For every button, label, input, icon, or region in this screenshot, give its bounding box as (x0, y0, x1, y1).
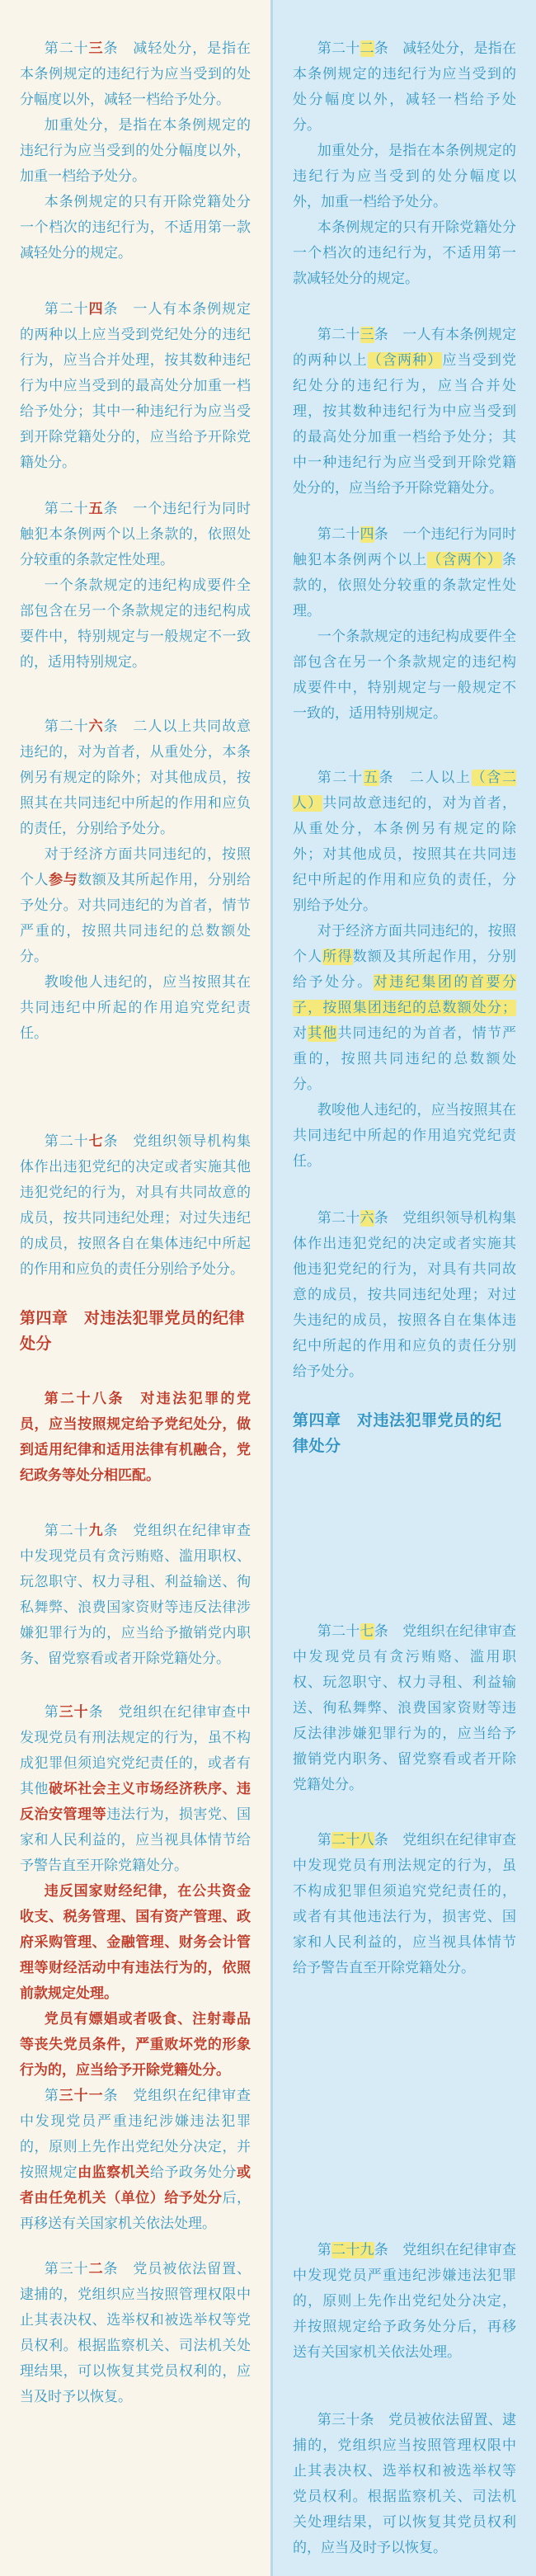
body-text: 一个条款规定的违纪构成要件全部包含在另一个条款规定的违纪构成要件中，特别规定与一… (20, 577, 251, 671)
revision-marked-text: 九 (89, 1523, 104, 1539)
article-25-para-2: 对于经济方面共同违纪的，按照个人所得数额及其所起作用，分别给予处分。对违纪集团的… (293, 919, 516, 1098)
article-30-para-3: 党员有嫖娼或者吸食、注射毒品等丧失党员条件，严重败坏党的形象行为的，应当给予开除… (20, 2007, 251, 2084)
revision-marked-text: 第二十八条 对违法犯罪的党员，应当按照规定给予党纪处分，做到适用纪律和适用法律有… (20, 1391, 251, 1484)
body-text: 第二十 (45, 1523, 89, 1539)
highlighted-deleted-text: （含两个） (427, 552, 502, 568)
article-27: 第二十七条 党组织在纪律审查中发现党员有贪污贿赂、滥用职权、玩忽职守、权力寻租、… (293, 1619, 516, 1798)
spacer (20, 2237, 251, 2257)
chapter-4-heading: 第四章 对违法犯罪党员的纪律处分 (293, 1408, 516, 1459)
body-text: 二人以上 (410, 770, 472, 786)
body-text: 本条例规定的只有开除党籍处分一个档次的违纪行为，不适用第一款减轻处分的规定。 (20, 194, 251, 261)
highlighted-deleted-text: （含两种） (368, 352, 443, 369)
highlighted-deleted-text: 五 (364, 770, 379, 786)
highlighted-deleted-text: 二 (360, 40, 374, 57)
body-text: 条 (104, 1133, 134, 1150)
highlighted-deleted-text: 四 (360, 526, 374, 543)
body-text: 一个条款规定的违纪构成要件全部包含在另一个条款规定的违纪构成要件中，特别规定与一… (293, 629, 516, 722)
body-text: 条 (104, 40, 134, 57)
body-text: 第二十 (317, 40, 360, 57)
body-text: 给予政务处分 (150, 2164, 237, 2181)
highlighted-deleted-text: 七 (360, 1623, 374, 1640)
body-text: 条 (104, 501, 134, 517)
body-text: 第 (45, 1704, 59, 1721)
article-23: 第二十三条 一人有本条例规定的两种以上（含两种）应当受到党纪处分的违纪行为，应当… (293, 323, 516, 502)
article-25: 第二十五条 二人以上（含二人）共同故意违纪的，对为首者，从重处分，本条例另有规定… (293, 765, 516, 919)
revision-marked-text: 违反国家财经纪律，在公共资金收支、税务管理、国有资产管理、政府采购管理、金融管理… (20, 1883, 251, 2002)
body-text: 条 (374, 40, 403, 57)
body-text: 第二十 (45, 40, 89, 57)
body-text: 加重处分，是指在本条例规定的违纪行为应当受到的处分幅度以外，加重一档给予处分。 (293, 143, 516, 210)
body-text: 党员被依法留置、逮捕的，党组织应当按照管理权限中止其表决权、选举权和被选举权等党… (20, 2261, 251, 2405)
article-30-para-2: 违反国家财经纪律，在公共资金收支、税务管理、国有资产管理、政府采购管理、金融管理… (20, 1879, 251, 2007)
body-text: 党组织在纪律审查中发现党员有贪污贿赂、滥用职权、玩忽职守、权力寻租、利益输送、徇… (20, 1523, 251, 1667)
highlighted-deleted-text: 二十八 (331, 1832, 374, 1848)
body-text: 加重处分，是指在本条例规定的违纪行为应当受到的处分幅度以外，加重一档给予处分。 (20, 117, 251, 185)
article-26-para-2: 对于经济方面共同违纪的，按照个人参与数额及其所起作用，分别给予处分。对共同违纪的… (20, 842, 251, 970)
body-text: 党组织在纪律审查中发现党员严重违纪涉嫌违法犯罪的，原则上先作出党纪处分决定，并按… (293, 2242, 516, 2361)
spacer (293, 1459, 516, 1619)
article-25-para-3: 教唆他人违纪的，应当按照其在共同违纪中所起的作用追究党纪责任。 (293, 1098, 516, 1175)
body-text: 第二十 (317, 1210, 360, 1227)
body-text: 条 (104, 2261, 134, 2277)
body-text: 条 (89, 1704, 119, 1721)
body-text: 条 (374, 1623, 403, 1640)
article-22-para-2: 加重处分，是指在本条例规定的违纪行为应当受到的处分幅度以外，加重一档给予处分。 (293, 139, 516, 215)
body-text: 共同故意违纪的，对为首者，从重处分，本条例另有规定的除外；对其他成员，按照其在共… (293, 795, 516, 914)
article-29: 第二十九条 党组织在纪律审查中发现党员严重违纪涉嫌违法犯罪的，原则上先作出党纪处… (293, 2238, 516, 2366)
highlighted-deleted-text: 其他 (308, 1025, 337, 1042)
revision-marked-text: 六 (89, 718, 104, 735)
body-text: 条 (104, 718, 134, 735)
spacer (20, 266, 251, 297)
spacer (293, 1175, 516, 1206)
spacer (20, 1357, 251, 1387)
body-text: 党组织在纪律审查中发现党员有刑法规定的行为，虽不构成犯罪但须追究党纪责任的，或者… (293, 1832, 516, 1976)
body-text: 对 (293, 1025, 308, 1042)
regulation-comparison-page: 第二十三条 减轻处分，是指在本条例规定的违纪行为应当受到的处分幅度以外，减轻一档… (0, 0, 536, 2576)
body-text: 党组织领导机构集体作出违犯党纪的决定或者实施其他违犯党纪的行为，对具有共同故意的… (20, 1133, 251, 1278)
body-text: 条 (104, 301, 134, 318)
spacer (293, 727, 516, 765)
article-30: 第三十条 党员被依法留置、逮捕的，党组织应当按照管理权限中止其表决权、选举权和被… (293, 2408, 516, 2561)
body-text: 条 (374, 1832, 403, 1848)
article-24-para-2: 一个条款规定的违纪构成要件全部包含在另一个条款规定的违纪构成要件中，特别规定与一… (293, 624, 516, 727)
article-28: 第二十八条 对违法犯罪的党员，应当按照规定给予党纪处分，做到适用纪律和适用法律有… (20, 1387, 251, 1489)
article-22-para-3: 本条例规定的只有开除党籍处分一个档次的违纪行为，不适用第一款减轻处分的规定。 (293, 215, 516, 292)
body-text: 教唆他人违纪的，应当按照其在共同违纪中所起的作用追究党纪责任。 (293, 1102, 516, 1170)
body-text: 应当受到党纪处分的违纪行为，应当合并处理，按其数种违纪行为中应当受到的最高处分加… (293, 352, 516, 497)
body-text: 第四章 对违法犯罪党员的纪律处分 (20, 1309, 245, 1353)
spacer (20, 676, 251, 714)
article-22: 第二十二条 减轻处分，是指在本条例规定的违纪行为应当受到的处分幅度以外，减轻一档… (293, 36, 516, 139)
article-23-para-3: 本条例规定的只有开除党籍处分一个档次的违纪行为，不适用第一款减轻处分的规定。 (20, 190, 251, 266)
article-26-para-3: 教唆他人违纪的，应当按照其在共同违纪中所起的作用追究党纪责任。 (20, 970, 251, 1047)
revision-marked-text: 七 (89, 1133, 104, 1150)
body-text: 党组织在纪律审查中发现党员有贪污贿赂、滥用职权、玩忽职守、权力寻租、利益输送、徇… (293, 1623, 516, 1793)
body-text: 条 (374, 526, 403, 543)
spacer (293, 1981, 516, 2238)
revision-marked-text: 三十一 (59, 2088, 104, 2104)
revision-marked-text: 三十 (59, 1704, 89, 1721)
body-text: 本条例规定的只有开除党籍处分一个档次的违纪行为，不适用第一款减轻处分的规定。 (293, 219, 516, 287)
body-text: 第二十 (317, 1623, 360, 1640)
article-26: 第二十六条 党组织领导机构集体作出违犯党纪的决定或者实施其他违犯党纪的行为，对具… (293, 1206, 516, 1385)
body-text: 第二十 (45, 501, 89, 517)
highlighted-deleted-text: 二十九 (331, 2242, 374, 2258)
body-text: 条 (374, 1210, 403, 1227)
article-23-para-2: 加重处分，是指在本条例规定的违纪行为应当受到的处分幅度以外，加重一档给予处分。 (20, 113, 251, 190)
revision-marked-text: 二 (89, 2261, 104, 2277)
article-24: 第二十四条 一个违纪行为同时触犯本条例两个以上（含两个）条款的，依照处分较重的条… (293, 522, 516, 624)
spacer (293, 292, 516, 323)
revision-marked-text: 党员有嫖娼或者吸食、注射毒品等丧失党员条件，严重败坏党的形象行为的，应当给予开除… (20, 2011, 251, 2079)
highlighted-deleted-text: 六 (360, 1210, 374, 1227)
spacer (293, 1798, 516, 1828)
body-text: 第 (317, 1832, 331, 1848)
article-25-para-2: 一个条款规定的违纪构成要件全部包含在另一个条款规定的违纪构成要件中，特别规定与一… (20, 573, 251, 676)
body-text: 第三十条 党员被依法留置、逮捕的，党组织应当按照管理权限中止其表决权、选举权和被… (293, 2412, 516, 2556)
body-text: 第二十 (317, 526, 360, 543)
body-text: 第二十 (317, 770, 364, 786)
body-text: 条 (379, 770, 410, 786)
article-29: 第二十九条 党组织在纪律审查中发现党员有贪污贿赂、滥用职权、玩忽职守、权力寻租、… (20, 1519, 251, 1672)
spacer (20, 1672, 251, 1700)
body-text: 第 (45, 2088, 59, 2104)
article-32: 第三十二条 党员被依法留置、逮捕的，党组织应当按照管理权限中止其表决权、选举权和… (20, 2257, 251, 2410)
revision-marked-text: 由监察机关 (78, 2164, 150, 2181)
article-28: 第二十八条 党组织在纪律审查中发现党员有刑法规定的行为，虽不构成犯罪但须追究党纪… (293, 1828, 516, 1981)
revision-marked-text: 五 (89, 501, 104, 517)
original-version-column: 第二十二条 减轻处分，是指在本条例规定的违纪行为应当受到的处分幅度以外，减轻一档… (273, 0, 536, 2576)
body-text: 第二十 (45, 301, 89, 318)
body-text: 第四章 对违法犯罪党员的纪律处分 (293, 1411, 502, 1455)
article-23: 第二十三条 减轻处分，是指在本条例规定的违纪行为应当受到的处分幅度以外，减轻一档… (20, 36, 251, 113)
spacer (20, 1489, 251, 1519)
highlighted-deleted-text: 所得 (322, 949, 352, 965)
spacer (20, 476, 251, 497)
revised-version-column: 第二十三条 减轻处分，是指在本条例规定的违纪行为应当受到的处分幅度以外，减轻一档… (0, 0, 270, 2576)
body-text: 第 (317, 2242, 331, 2258)
article-31: 第三十一条 党组织在纪律审查中发现党员严重违纪涉嫌违法犯罪的，原则上先作出党纪处… (20, 2084, 251, 2237)
body-text: 一人有本条例规定的两种以上应当受到党纪处分的违纪行为，应当合并处理，按其数种违纪… (20, 301, 251, 471)
body-text: 教唆他人违纪的，应当按照其在共同违纪中所起的作用追究党纪责任。 (20, 974, 251, 1042)
revision-marked-text: 四 (89, 301, 104, 318)
article-30: 第三十条 党组织在纪律审查中发现党员有刑法规定的行为，虽不构成犯罪但须追究党纪责… (20, 1700, 251, 1879)
body-text: 条 (374, 2242, 403, 2258)
spacer (20, 1047, 251, 1129)
body-text: 党组织领导机构集体作出违犯党纪的决定或者实施其他违犯党纪的行为，对具有共同故意的… (293, 1210, 516, 1380)
body-text: 第二十 (45, 718, 89, 735)
body-text: 第二十 (317, 327, 360, 343)
body-text: 条 (104, 1523, 134, 1539)
chapter-4-heading: 第四章 对违法犯罪党员的纪律处分 (20, 1306, 251, 1357)
spacer (293, 1385, 516, 1408)
body-text: 条 (374, 327, 403, 343)
spacer (293, 502, 516, 522)
body-text: 第二十 (45, 1133, 89, 1150)
highlighted-deleted-text: 三 (360, 327, 374, 343)
article-24: 第二十四条 一人有本条例规定的两种以上应当受到党纪处分的违纪行为，应当合并处理，… (20, 297, 251, 476)
body-text: 条 (104, 2088, 134, 2104)
article-25: 第二十五条 一个违纪行为同时触犯本条例两个以上条款的，依照处分较重的条款定性处理… (20, 497, 251, 573)
revision-marked-text: 三 (89, 40, 104, 57)
article-27: 第二十七条 党组织领导机构集体作出违犯党纪的决定或者实施其他违犯党纪的行为，对具… (20, 1129, 251, 1283)
article-26: 第二十六条 二人以上共同故意违纪的，对为首者，从重处分，本条例另有规定的除外；对… (20, 714, 251, 842)
spacer (20, 1283, 251, 1306)
body-text: 二人以上共同故意违纪的，对为首者，从重处分，本条例另有规定的除外；对其他成员，按… (20, 718, 251, 837)
spacer (293, 2366, 516, 2408)
revision-marked-text: 参与 (49, 872, 78, 888)
body-text: 第三十 (45, 2261, 89, 2277)
